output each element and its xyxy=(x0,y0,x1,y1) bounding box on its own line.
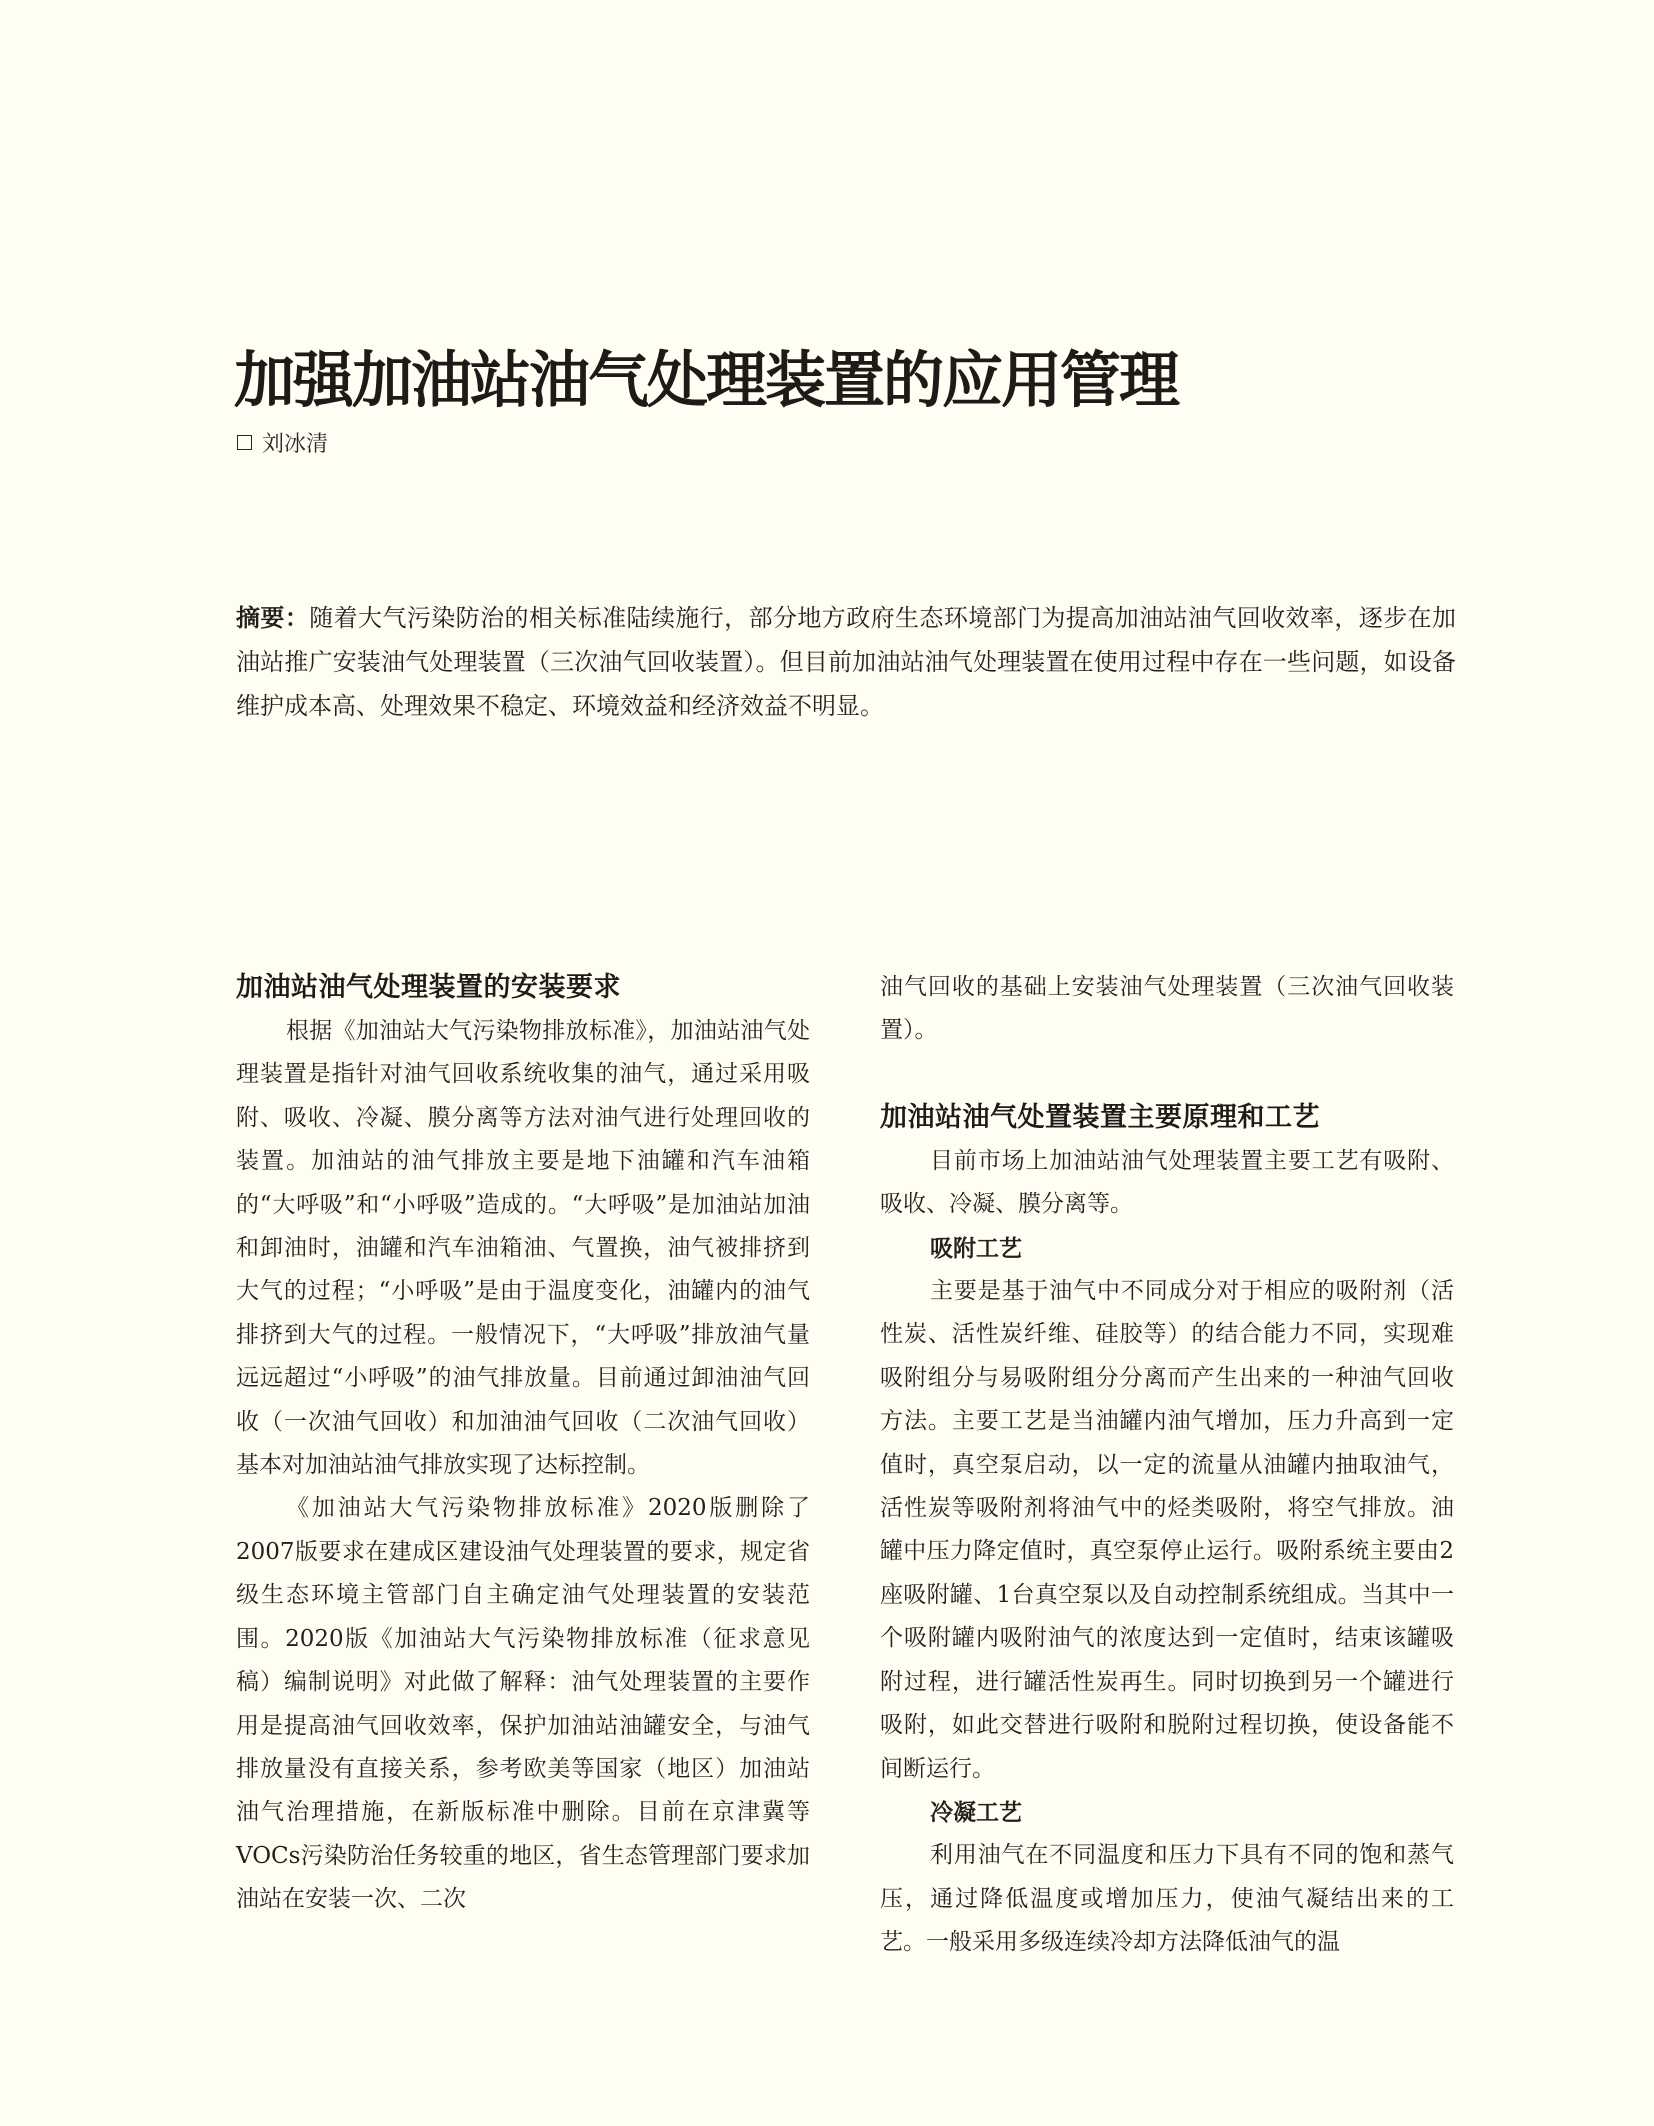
paragraph-continued: 油气回收的基础上安装油气处理装置（三次油气回收装置）。 xyxy=(880,966,1454,1053)
subsection-heading-condensation: 冷凝工艺 xyxy=(880,1791,1454,1834)
paragraph: 目前市场上加油站油气处理装置主要工艺有吸附、吸收、冷凝、膜分离等。 xyxy=(880,1140,1454,1227)
section-heading-installation: 加油站油气处理装置的安装要求 xyxy=(236,966,810,1010)
paragraph: 利用油气在不同温度和压力下具有不同的饱和蒸气压，通过降低温度或增加压力，使油气凝… xyxy=(880,1834,1454,1964)
abstract-label: 摘要： xyxy=(236,604,309,632)
subsection-heading-adsorption: 吸附工艺 xyxy=(880,1227,1454,1270)
byline: 刘冰清 xyxy=(237,430,328,460)
paragraph: 根据《加油站大气污染物排放标准》，加油站油气处理装置是指针对油气回收系统收集的油… xyxy=(236,1010,810,1487)
author-marker-icon xyxy=(237,435,252,450)
section-heading-principles: 加油站油气处置装置主要原理和工艺 xyxy=(880,1096,1454,1140)
article-title: 加强加油站油气处理装置的应用管理 xyxy=(234,341,1178,421)
paragraph: 主要是基于油气中不同成分对于相应的吸附剂（活性炭、活性炭纤维、硅胶等）的结合能力… xyxy=(880,1270,1454,1791)
abstract-text: 随着大气污染防治的相关标准陆续施行，部分地方政府生态环境部门为提高加油站油气回收… xyxy=(236,604,1456,720)
author-name: 刘冰清 xyxy=(262,432,328,457)
abstract: 摘要：随着大气污染防治的相关标准陆续施行，部分地方政府生态环境部门为提高加油站油… xyxy=(236,596,1456,728)
left-column: 加油站油气处理装置的安装要求 根据《加油站大气污染物排放标准》，加油站油气处理装… xyxy=(236,966,810,1922)
paragraph: 《加油站大气污染物排放标准》2020版删除了2007版要求在建成区建设油气处理装… xyxy=(236,1487,810,1921)
right-column: 油气回收的基础上安装油气处理装置（三次油气回收装置）。 加油站油气处置装置主要原… xyxy=(880,966,1454,1965)
